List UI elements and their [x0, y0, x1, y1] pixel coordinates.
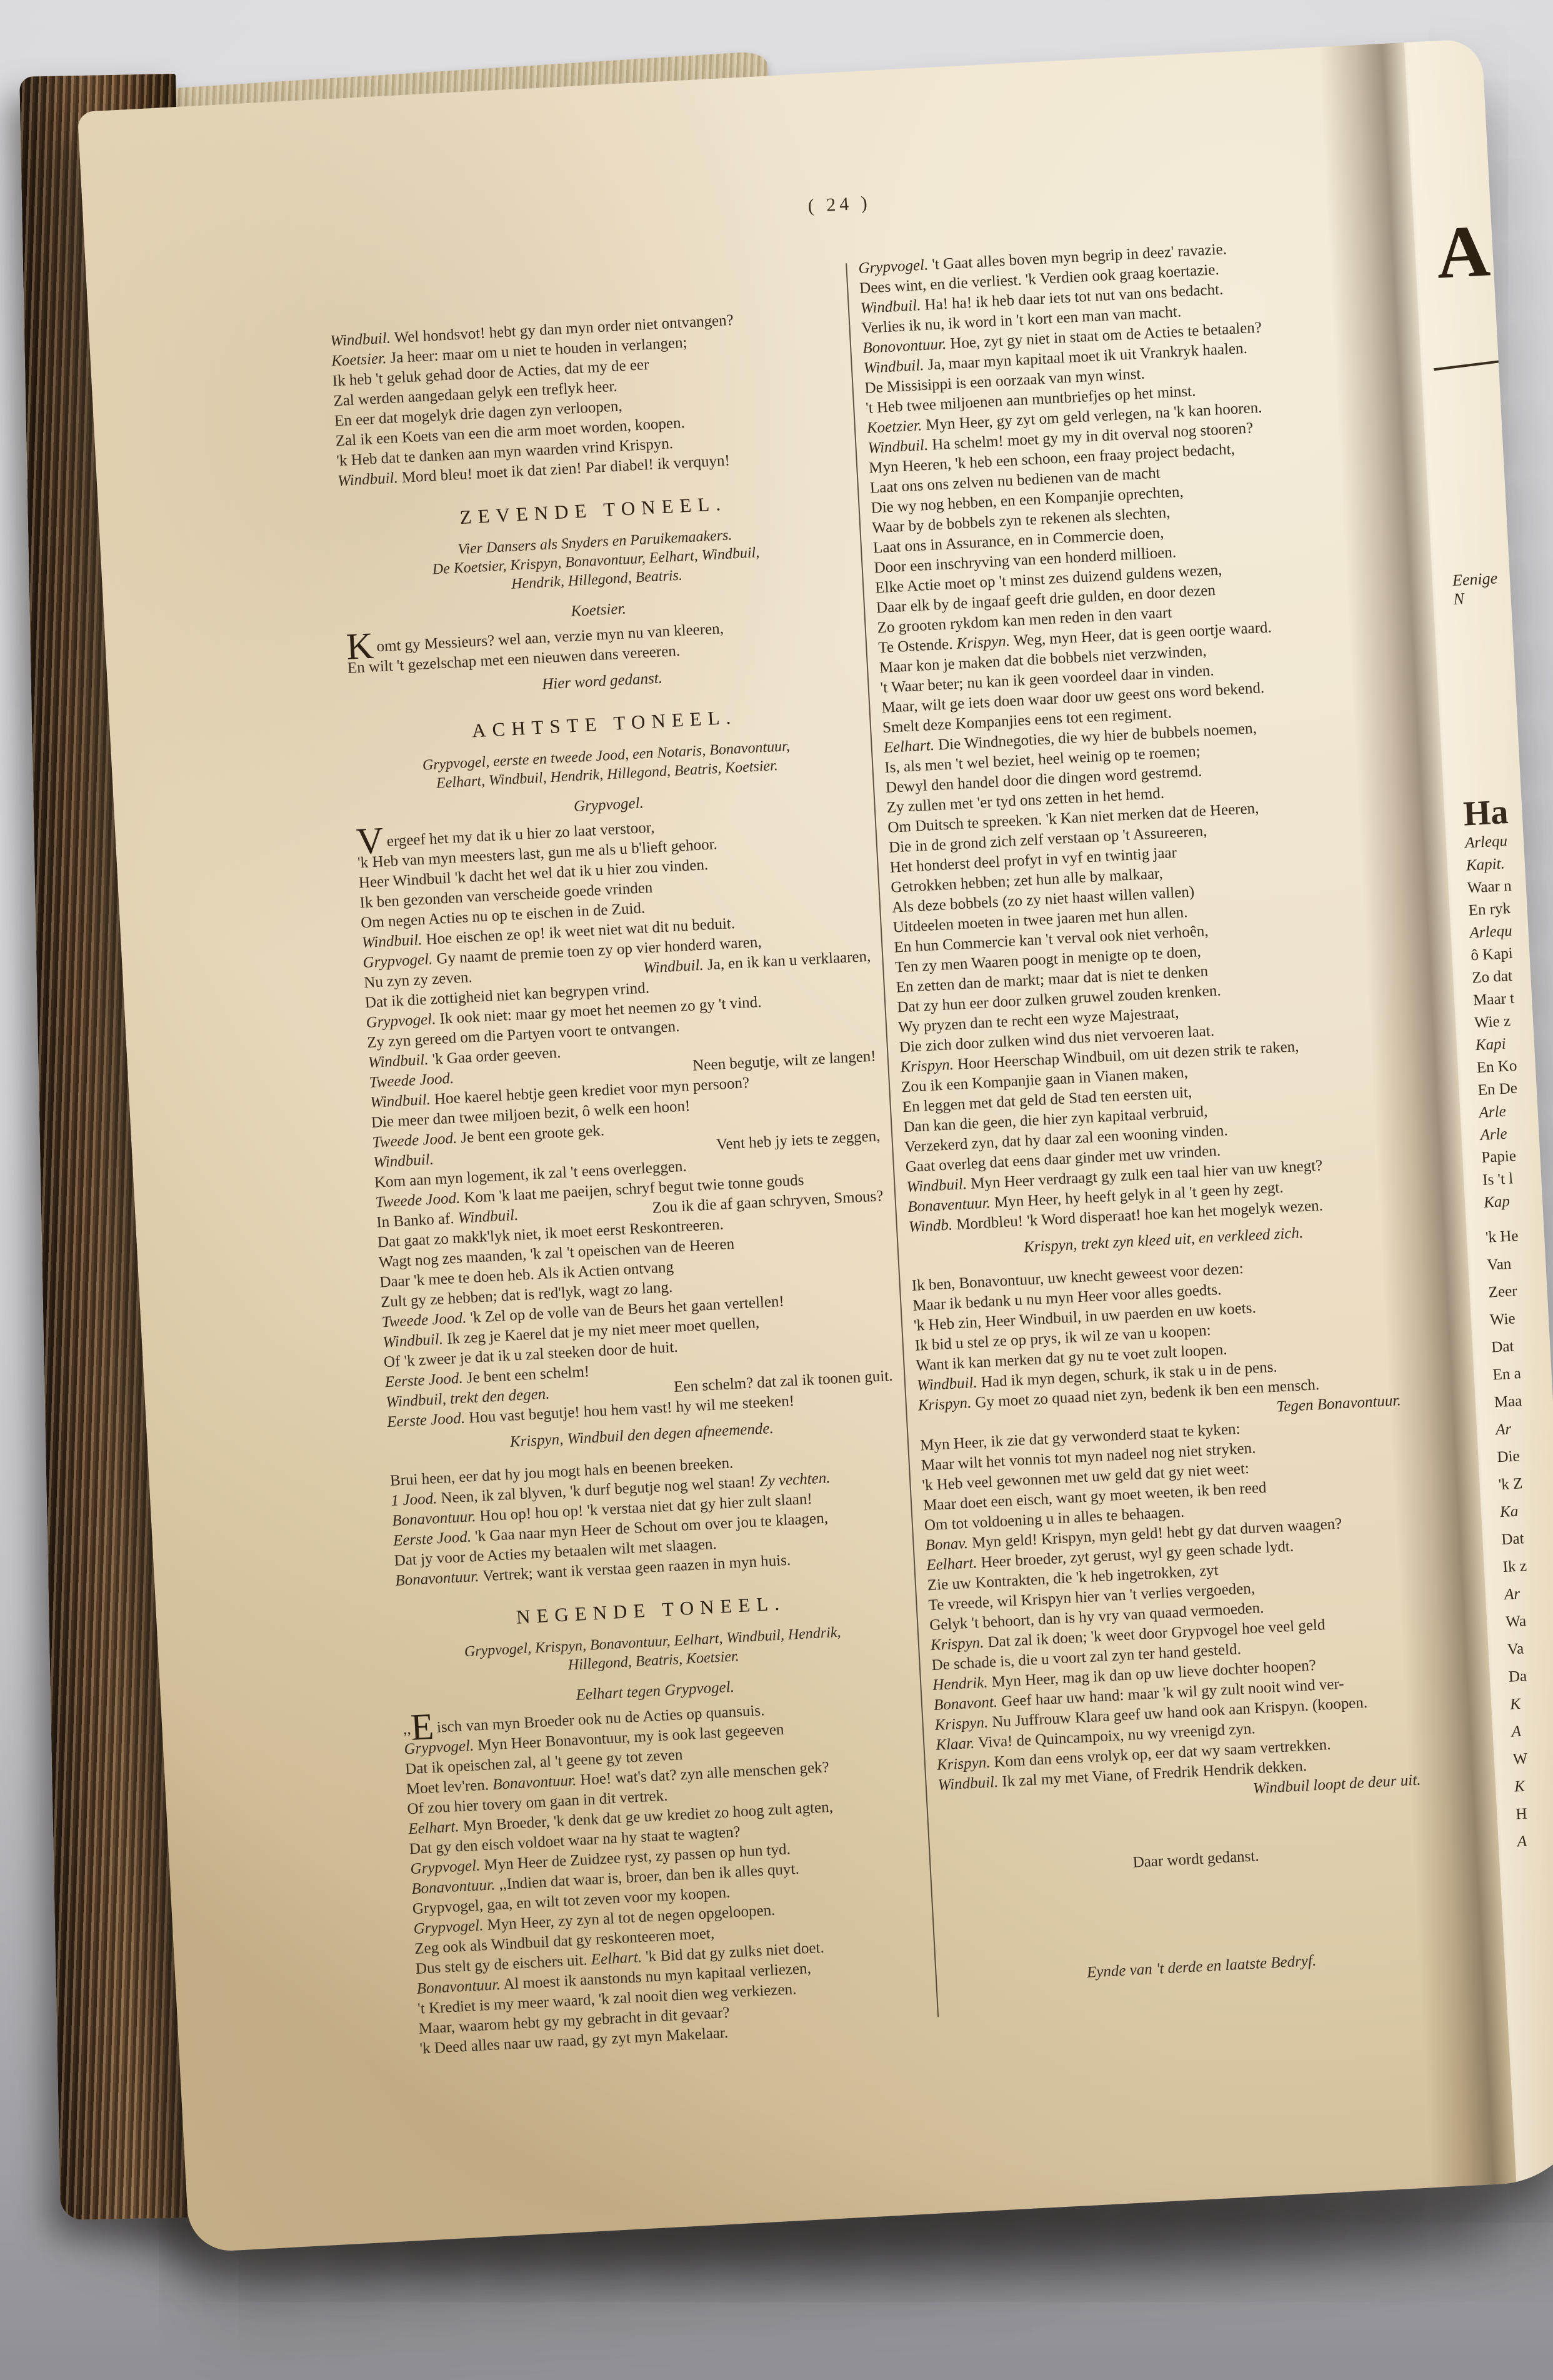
verse-line: Daar wordt gedanst. — [942, 1836, 1450, 1882]
next-page-text-fragment: Ik z — [1502, 1551, 1553, 1581]
book-page: ( 24 ) Windbuil. Wel hondsvot! hebt gy d… — [77, 38, 1553, 2252]
next-page-text-fragment: K — [1514, 1771, 1553, 1801]
next-page-text-fragment: Papie — [1481, 1144, 1541, 1169]
next-page-text-fragment: Arlequ — [1469, 919, 1529, 945]
next-page-initial: A — [1435, 216, 1495, 288]
next-page-text-fragment: Die — [1496, 1441, 1553, 1471]
next-page-text-fragment: En De — [1477, 1076, 1537, 1102]
next-page-text-fragment: Ar — [1495, 1413, 1553, 1444]
next-page-text-fragment: Wa — [1505, 1606, 1553, 1636]
next-page-text-fragment: En Ko — [1476, 1054, 1536, 1079]
next-page-text-fragment: En a — [1492, 1359, 1552, 1389]
next-page-text-fragment: H — [1515, 1798, 1553, 1829]
next-page-text-fragment: Arle — [1479, 1099, 1539, 1124]
next-page-text-fragment: Zo dat — [1471, 964, 1531, 989]
next-page-text-fragment: Arlequ — [1464, 829, 1524, 855]
next-page-text-fragment: En ryk — [1468, 897, 1528, 922]
next-page-text-fragment: A — [1511, 1716, 1553, 1746]
next-page-text-fragment: K — [1509, 1688, 1553, 1719]
next-page-text-fragment: Ar — [1504, 1578, 1553, 1609]
next-page-text-fragment: Kap — [1483, 1189, 1543, 1214]
next-page-text-fragment: Kapit. — [1466, 852, 1526, 877]
next-page-text-fragment: W — [1512, 1743, 1553, 1774]
next-page-heading-fragment: Eenige N — [1452, 568, 1511, 609]
next-page-text-fragment: Maa — [1494, 1386, 1553, 1417]
next-page-text-fragment: A — [1517, 1826, 1553, 1856]
text-block: Windbuil. Wel hondsvot! hebt gy dan myn … — [327, 232, 1459, 2059]
next-page-text-fragment: Is 't l — [1482, 1166, 1542, 1192]
next-page-text-fragment: 'k He — [1485, 1221, 1545, 1252]
verse-line: Eynde van 't derde en laatste Bedryf. — [947, 1944, 1456, 1990]
next-page-text-fragment: Maar t — [1472, 986, 1532, 1012]
next-page-text-fragment: Van — [1486, 1249, 1546, 1279]
next-page-text-fragment: Waar n — [1467, 874, 1527, 900]
next-page-text-fragment: ô Kapi — [1471, 941, 1531, 967]
next-page-text-fragment: Dat — [1491, 1331, 1551, 1362]
left-column: Windbuil. Wel hondsvot! hebt gy dan myn … — [327, 260, 927, 2059]
next-page-text-fragment: Va — [1507, 1633, 1553, 1664]
next-page-text-fragment: Da — [1508, 1661, 1553, 1691]
next-page-text-fragment: Ka — [1499, 1496, 1553, 1526]
next-page-text-fragment: 'k Z — [1498, 1468, 1553, 1499]
next-page-text-fragment: Wie z — [1474, 1009, 1534, 1034]
next-page-text-fragment: Dat — [1501, 1523, 1553, 1554]
next-page-text-fragment: Kapi — [1475, 1031, 1535, 1057]
next-page-text-fragment: Wie — [1489, 1304, 1549, 1334]
page-number: ( 24 ) — [324, 167, 1355, 242]
next-page-text-fragment: Ha — [1462, 793, 1523, 832]
next-page-text-fragment: Zeer — [1488, 1276, 1548, 1307]
next-page-text-fragment: Arle — [1480, 1121, 1540, 1147]
next-page-fragments-lower: 'k HeVanZeerWieDatEn aMaaArDie'k ZKaDatI… — [1485, 1221, 1553, 1856]
